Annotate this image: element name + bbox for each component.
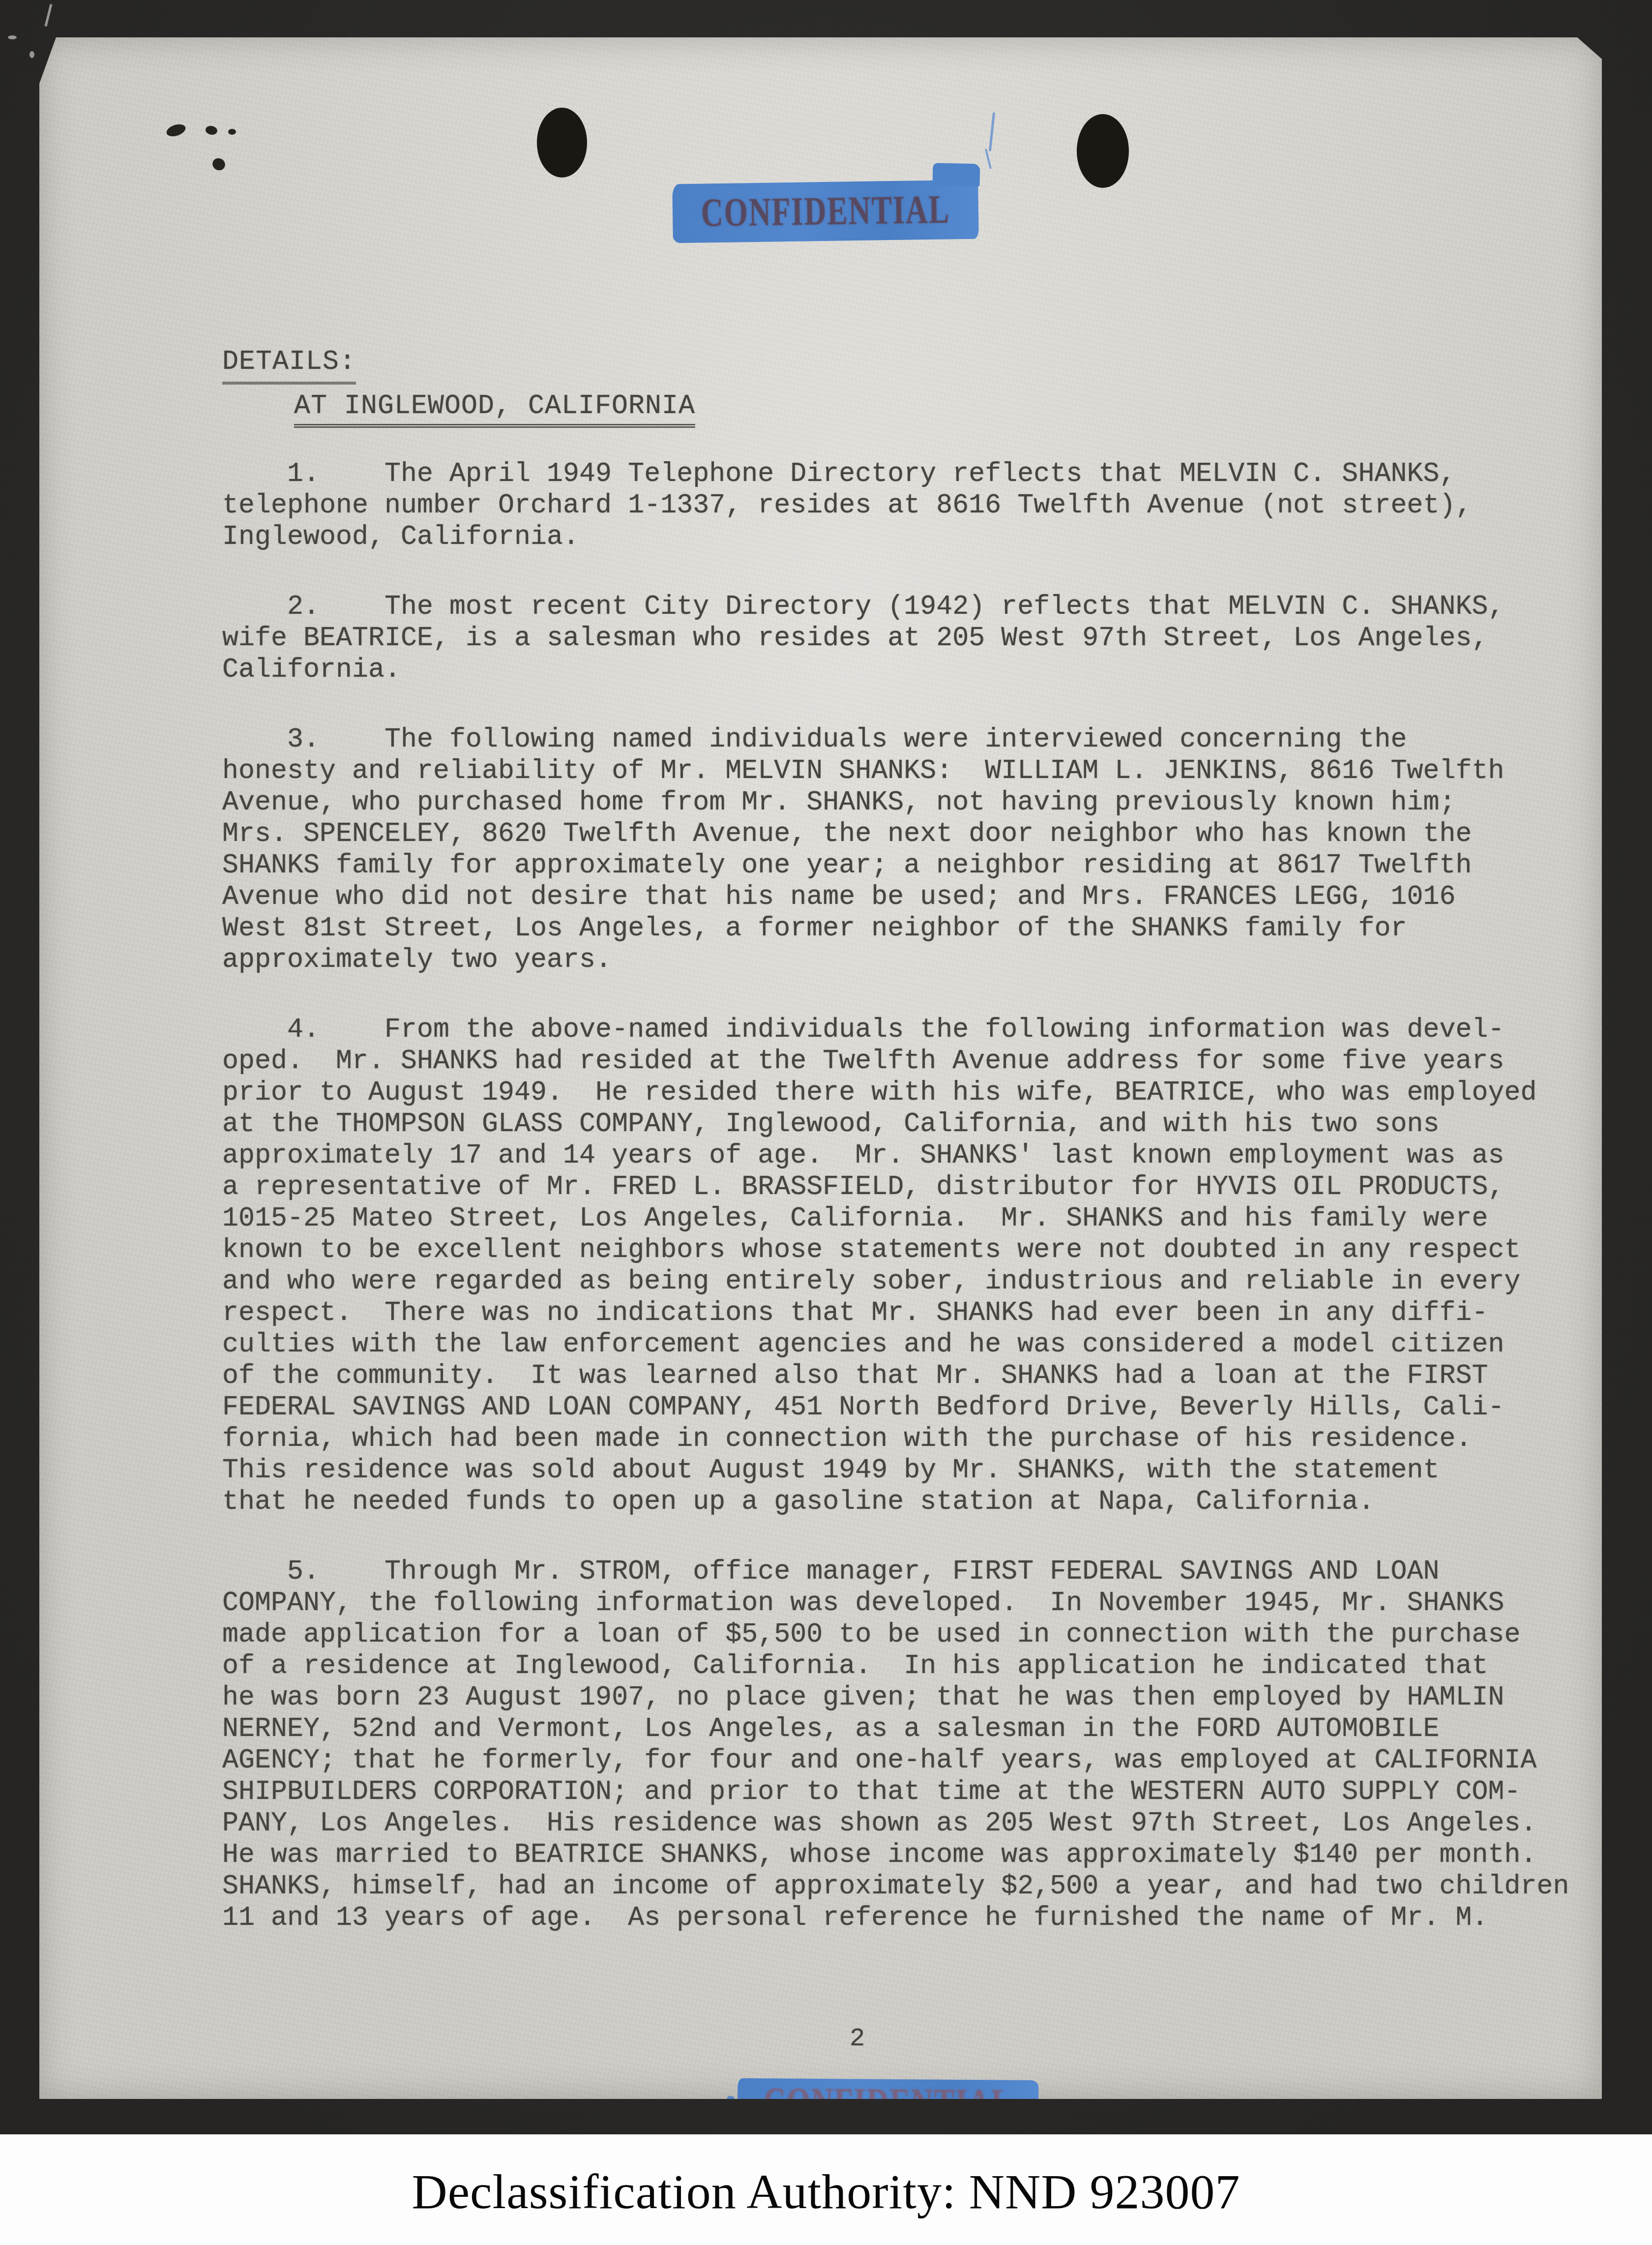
text-line: approximately 17 and 14 years of age. Mr… [222,1140,1589,1171]
paragraphs: 1. The April 1949 Telephone Directory re… [222,458,1589,1972]
text-line: This residence was sold about August 194… [222,1455,1589,1486]
binder-hole-punch-left [537,108,587,178]
confidential-stamp-top-label: CONFIDENTIAL [701,187,950,237]
text-line: Mrs. SPENCELEY, 8620 Twelfth Avenue, the… [222,818,1589,850]
text-line: COMPANY, the following information was d… [222,1587,1589,1619]
text-line: and who were regarded as being entirely … [222,1266,1589,1297]
confidential-stamp-bottom-label: CONFIDENTIAL [764,2079,1013,2126]
text-line: that he needed funds to open up a gasoli… [222,1486,1589,1518]
text-line: 1. The April 1949 Telephone Directory re… [222,458,1589,490]
paper-blemish [210,156,228,173]
text-line: 1015-25 Mateo Street, Los Angeles, Calif… [222,1203,1589,1234]
text-line: AGENCY; that he formerly, for four and o… [222,1745,1589,1776]
binder-hole-punch-right [1077,114,1129,188]
paragraph: 4. From the above-named individuals the … [222,1014,1589,1518]
paragraph: 5. Through Mr. STROM, office manager, FI… [222,1556,1589,1934]
text-line: California. [222,654,1589,686]
paragraph: 1. The April 1949 Telephone Directory re… [222,458,1589,553]
text-line: SHANKS, himself, had an income of approx… [222,1871,1589,1902]
text-line: of a residence at Inglewood, California.… [222,1650,1589,1682]
text-line: Avenue who did not desire that his name … [222,881,1589,913]
blue-fiber-mark [989,112,995,151]
paper-blemish [205,125,218,136]
paragraph: 2. The most recent City Directory (1942)… [222,591,1589,686]
text-line: 11 and 13 years of age. As personal refe… [222,1902,1589,1934]
text-line: approximately two years. [222,944,1589,976]
text-line: West 81st Street, Los Angeles, a former … [222,913,1589,944]
blue-fiber-mark [985,149,992,169]
text-line: known to be excellent neighbors whose st… [222,1234,1589,1266]
text-line: of the community. It was learned also th… [222,1360,1589,1392]
text-line: 2. The most recent City Directory (1942)… [222,591,1589,623]
text-line: respect. There was no indications that M… [222,1297,1589,1329]
declassification-authority-text: Declassification Authority: NND 923007 [412,2159,1240,2220]
paper-page: DETAILS: AT INGLEWOOD, CALIFORNIA 1. The… [39,37,1602,2099]
text-line: PANY, Los Angeles. His residence was sho… [222,1808,1589,1839]
text-line: NERNEY, 52nd and Vermont, Los Angeles, a… [222,1713,1589,1745]
text-line: Inglewood, California. [222,521,1589,553]
page-number: 2 [850,2024,865,2053]
declassification-footer: Declassification Authority: NND 923007 [0,2134,1652,2245]
text-line: culties with the law enforcement agencie… [222,1329,1589,1360]
highlighter-swipe-edge [933,163,980,186]
scan-scratch [45,4,53,27]
location-subheading: AT INGLEWOOD, CALIFORNIA [294,390,695,428]
text-line: Avenue, who purchased home from Mr. SHAN… [222,787,1589,818]
text-line: 3. The following named individuals were … [222,724,1589,755]
confidential-stamp-top: CONFIDENTIAL [672,180,979,243]
text-line: telephone number Orchard 1-1337, resides… [222,490,1589,521]
blue-highlighter-streak [722,2095,735,2136]
text-line: FEDERAL SAVINGS AND LOAN COMPANY, 451 No… [222,1392,1589,1423]
paper-blemish [228,129,236,135]
text-line: SHIPBUILDERS CORPORATION; and prior to t… [222,1776,1589,1808]
details-heading: DETAILS: [222,346,356,385]
confidential-stamp-bottom: CONFIDENTIAL [737,2078,1039,2135]
screenshot-root: DETAILS: AT INGLEWOOD, CALIFORNIA 1. The… [0,0,1652,2245]
scan-scratch [29,51,34,58]
text-line: He was married to BEATRICE SHANKS, whose… [222,1839,1589,1871]
text-line: oped. Mr. SHANKS had resided at the Twel… [222,1046,1589,1077]
text-line: SHANKS family for approximately one year… [222,850,1589,881]
paper-blemish [165,122,187,138]
text-line: prior to August 1949. He resided there w… [222,1077,1589,1108]
text-line: at the THOMPSON GLASS COMPANY, Inglewood… [222,1108,1589,1140]
text-line: honesty and reliability of Mr. MELVIN SH… [222,755,1589,787]
text-line: 5. Through Mr. STROM, office manager, FI… [222,1556,1589,1587]
text-line: a representative of Mr. FRED L. BRASSFIE… [222,1171,1589,1203]
document-scan-background: DETAILS: AT INGLEWOOD, CALIFORNIA 1. The… [0,0,1652,2134]
text-line: wife BEATRICE, is a salesman who resides… [222,623,1589,654]
text-line: made application for a loan of $5,500 to… [222,1619,1589,1650]
text-line: fornia, which had been made in connectio… [222,1423,1589,1455]
paragraph: 3. The following named individuals were … [222,724,1589,976]
scan-scratch [8,35,17,39]
text-line: 4. From the above-named individuals the … [222,1014,1589,1046]
text-line: he was born 23 August 1907, no place giv… [222,1682,1589,1713]
